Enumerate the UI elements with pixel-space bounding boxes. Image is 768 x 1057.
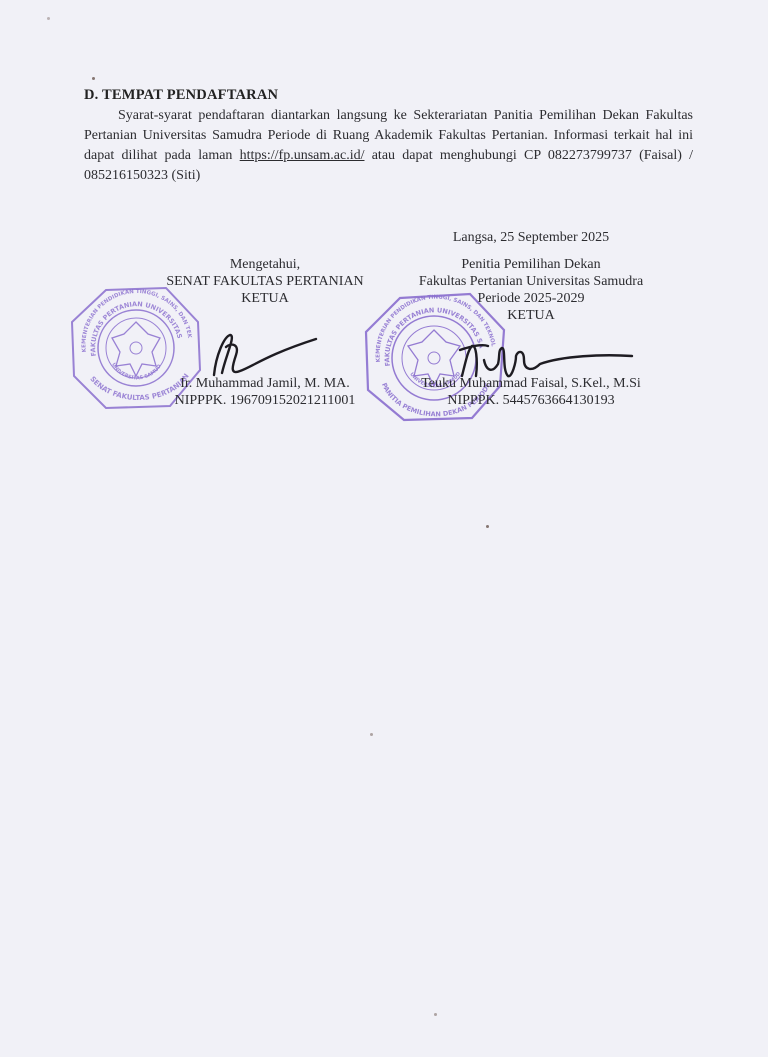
- document-page: D. TEMPAT PENDAFTARAN Syarat-syarat pend…: [0, 0, 768, 1057]
- website-link[interactable]: https://fp.unsam.ac.id/: [240, 148, 365, 163]
- section-heading: D. TEMPAT PENDAFTARAN: [84, 87, 278, 104]
- right-faculty-title: Fakultas Pertanian Universitas Samudra: [386, 273, 676, 290]
- right-period: Periode 2025-2029: [386, 290, 676, 307]
- left-signatory-name-block: Ir. Muhammad Jamil, M. MA. NIPPPK. 19670…: [120, 375, 410, 409]
- left-signatory-id: NIPPPK. 196709152021211001: [120, 392, 410, 409]
- left-signatory-name: Ir. Muhammad Jamil, M. MA.: [120, 375, 410, 392]
- scan-speck: [486, 525, 489, 528]
- scan-speck: [92, 77, 95, 80]
- right-signatory-name: Teuku Muhammad Faisal, S.Kel., M.Si: [386, 375, 676, 392]
- right-signatory-id: NIPPPK. 5445763664130193: [386, 392, 676, 409]
- place-date: Langsa, 25 September 2025: [386, 230, 676, 246]
- scan-speck: [370, 733, 373, 736]
- registration-paragraph: Syarat-syarat pendaftaran diantarkan lan…: [84, 106, 693, 186]
- scan-speck: [47, 17, 50, 20]
- left-org-title: SENAT FAKULTAS PERTANIAN: [120, 273, 410, 290]
- right-committee-title: Penitia Pemilihan Dekan: [386, 256, 676, 273]
- right-signatory-block: Penitia Pemilihan Dekan Fakultas Pertani…: [386, 256, 676, 324]
- right-signatory-name-block: Teuku Muhammad Faisal, S.Kel., M.Si NIPP…: [386, 375, 676, 409]
- scan-speck: [434, 1013, 437, 1016]
- left-acknowledged-label: Mengetahui,: [120, 256, 410, 273]
